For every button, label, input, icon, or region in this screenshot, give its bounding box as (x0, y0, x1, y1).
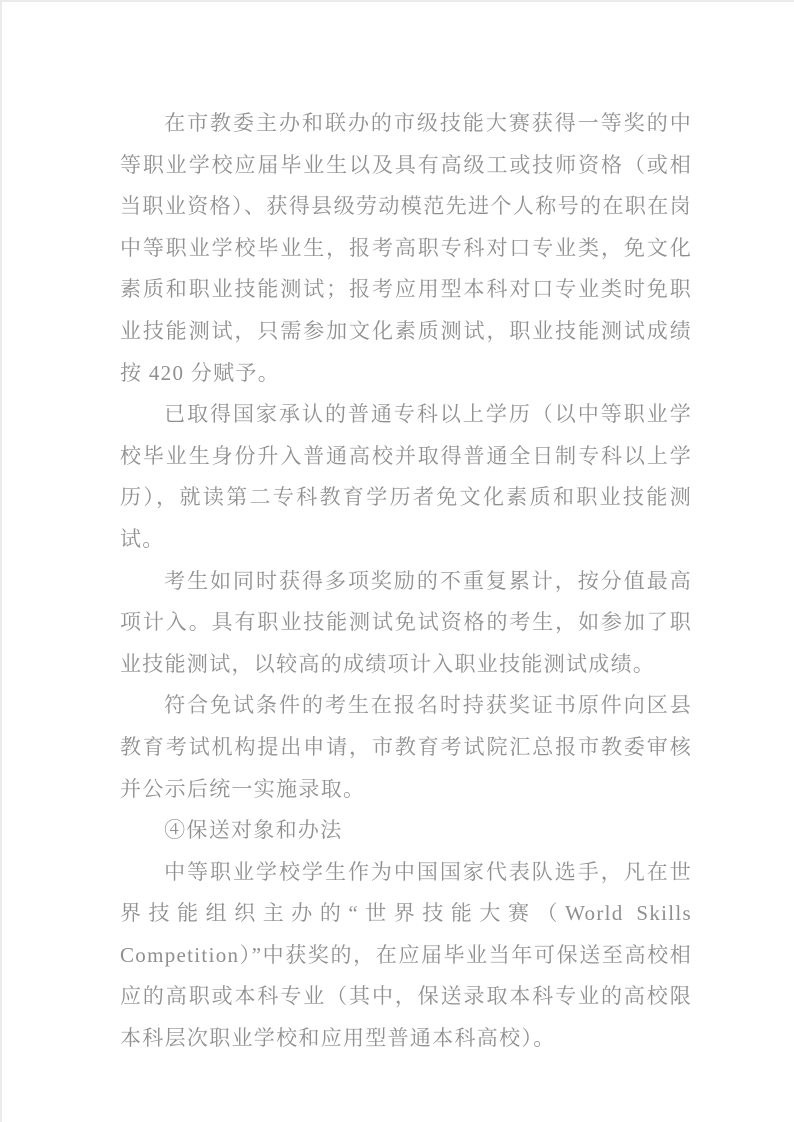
heading-recommendation-targets: ④保送对象和办法 (120, 810, 692, 852)
paragraph-exemption-degree-holders: 已取得国家承认的普通专科以上学历（以中等职业学校毕业生身份升入普通高校并取得普通… (120, 394, 692, 560)
paragraph-application-procedure: 符合免试条件的考生在报名时持获奖证书原件向区县教育考试机构提出申请，市教育考试院… (120, 685, 692, 810)
paragraph-exemption-first-prize: 在市教委主办和联办的市级技能大赛获得一等奖的中等职业学校应届毕业生以及具有高级工… (120, 103, 692, 394)
paragraph-multiple-awards-rule: 考生如同时获得多项奖励的不重复累计，按分值最高项计入。具有职业技能测试免试资格的… (120, 561, 692, 686)
document-page: 在市教委主办和联办的市级技能大赛获得一等奖的中等职业学校应届毕业生以及具有高级工… (0, 0, 794, 1122)
paragraph-world-skills-recommendation: 中等职业学校学生作为中国国家代表队选手，凡在世界技能组织主办的“世界技能大赛（W… (120, 852, 692, 1060)
